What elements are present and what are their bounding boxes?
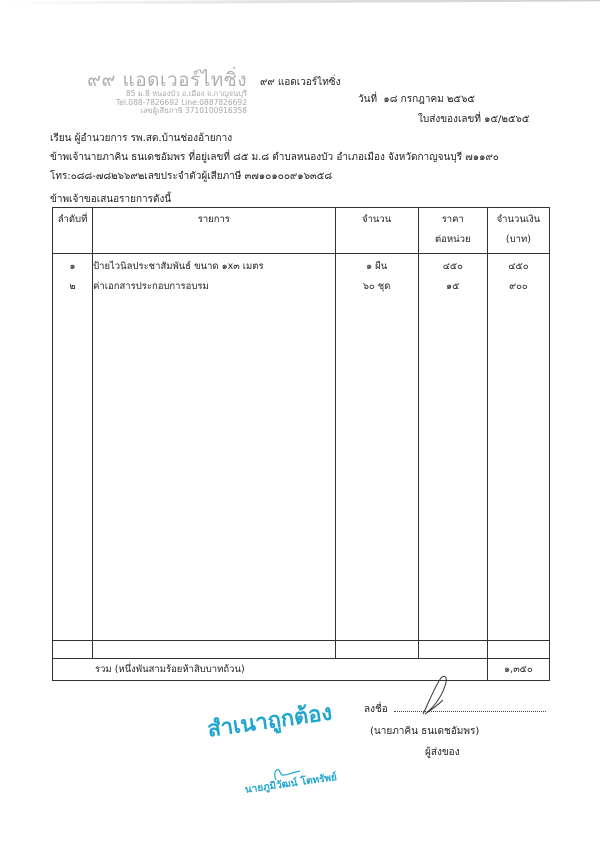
row-2-price: ๑๕: [419, 277, 487, 297]
col-header-price: ราคา ต่อหน่วย: [418, 208, 487, 254]
sender-line: ข้าพเจ้านายภาคิน ธนเดชอัมพร ที่อยู่เลขที…: [50, 152, 499, 164]
cell-no: ๑ ๒: [53, 254, 93, 641]
recipient-line: เรียน ผู้อำนวยการ รพ.สต.บ้านช่องอ้ายกาง: [50, 133, 232, 145]
row-2-no: ๒: [53, 277, 92, 297]
items-table: ลำดับที่ รายการ จำนวน ราคา ต่อหน่วย จำนว…: [52, 207, 550, 681]
row-1-desc: ป้ายไวนิลประชาสัมพันธ์ ขนาด ๑x๓ เมตร: [93, 257, 334, 277]
cell-qty: ๑ ผืน ๖๐ ชุด: [335, 254, 418, 641]
row-2-desc: ค่าเอกสารประกอบการอบรม: [93, 277, 334, 297]
col-header-no: ลำดับที่: [53, 208, 93, 254]
sign-label: ลงชื่อ: [364, 702, 388, 717]
scan-edge: [0, 0, 600, 5]
table-body-row: ๑ ๒ ป้ายไวนิลประชาสัมพันธ์ ขนาด ๑x๓ เมตร…: [53, 254, 550, 641]
row-2-amount: ๙๐๐: [488, 277, 549, 297]
signer-name: (นายภาคิน ธนเดชอัมพร): [370, 724, 479, 739]
cell-price: ๔๕๐ ๑๕: [418, 254, 487, 641]
tel-taxid-line: โทร:๐๘๘-๗๘๒๖๖๙๒เลขประจำตัวผู้เสียภาษี ๓๗…: [50, 171, 332, 183]
certified-copy-stamp: สำเนาถูกต้อง: [205, 695, 334, 747]
amount-header-line1: จำนวนเงิน: [488, 210, 549, 230]
date-value: ๑๘ กรกฎาคม ๒๕๖๕: [383, 94, 475, 105]
doc-no-value: ๑๕/๒๕๖๕: [484, 114, 529, 125]
table-blank-row: [53, 641, 550, 659]
total-value: ๑,๓๕๐: [487, 659, 549, 681]
shop-logo-stamp: ๙๙ แอดเวอร์ไทซิ่ง 85 ม.8 หนองบัว อ.เมือง…: [87, 70, 247, 116]
cell-desc: ป้ายไวนิลประชาสัมพันธ์ ขนาด ๑x๓ เมตร ค่า…: [93, 254, 335, 641]
col-header-desc: รายการ: [93, 208, 335, 254]
signature-mark: [415, 674, 455, 719]
document-number-line: ใบส่งของเลขที่ ๑๕/๒๕๖๕: [418, 112, 529, 127]
date-line: วันที่ ๑๘ กรกฎาคม ๒๕๖๕: [358, 92, 475, 107]
table-header-row: ลำดับที่ รายการ จำนวน ราคา ต่อหน่วย จำนว…: [53, 208, 550, 254]
price-header-line2: ต่อหน่วย: [419, 230, 487, 250]
signature-line: [394, 711, 546, 712]
shop-name: ๙๙ แอดเวอร์ไทซิ่ง: [260, 75, 340, 90]
date-label: วันที่: [358, 94, 377, 105]
row-1-no: ๑: [53, 257, 92, 277]
doc-no-label: ใบส่งของเลขที่: [418, 114, 481, 125]
logo-tax-id: เลขผู้เสียภาษี 3710100916358: [87, 107, 247, 116]
logo-name: ๙๙ แอดเวอร์ไทซิ่ง: [87, 70, 247, 90]
col-header-amount: จำนวนเงิน (บาท): [487, 208, 549, 254]
amount-header-line2: (บาท): [488, 230, 549, 250]
intro-line: ข้าพเจ้าขอเสนอรายการดังนี้: [50, 194, 171, 206]
row-1-amount: ๔๕๐: [488, 257, 549, 277]
price-header-line1: ราคา: [419, 210, 487, 230]
row-2-qty: ๖๐ ชุด: [336, 277, 418, 297]
table-total-row: รวม (หนึ่งพันสามร้อยห้าสิบบาทถ้วน) ๑,๓๕๐: [53, 659, 550, 681]
row-1-qty: ๑ ผืน: [336, 257, 418, 277]
cell-amount: ๔๕๐ ๙๐๐: [487, 254, 549, 641]
signer-role: ผู้ส่งของ: [425, 745, 460, 760]
row-1-price: ๔๕๐: [419, 257, 487, 277]
col-header-qty: จำนวน: [335, 208, 418, 254]
